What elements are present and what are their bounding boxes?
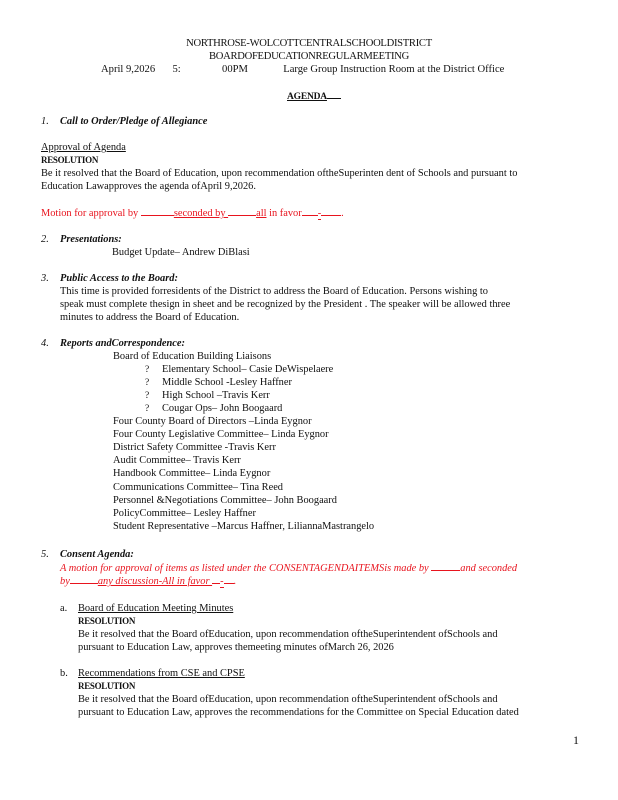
report-item: Communications Committee– Tina Reed bbox=[95, 481, 283, 494]
consent-item-b-heading: b.Recommendations from CSE and CPSE bbox=[60, 667, 245, 680]
section-3-heading: 3.Public Access to the Board: bbox=[41, 272, 178, 285]
presentation-item: Budget Update– Andrew DiBlasi bbox=[94, 246, 250, 259]
consent-seconded-by-blank[interactable] bbox=[70, 574, 98, 584]
seconded-by-blank[interactable] bbox=[228, 206, 256, 216]
minutes-resolution-line-2: pursuant to Education Law, approves them… bbox=[78, 641, 394, 654]
resolution-label: RESOLUTION bbox=[78, 680, 135, 693]
report-item: Four County Legislative Committee– Linda… bbox=[95, 428, 329, 441]
resolution-label: RESOLUTION bbox=[78, 615, 135, 628]
report-item: District Safety Committee -Travis Kerr bbox=[95, 441, 276, 454]
meeting-location: Large Group Instruction Room at the Dist… bbox=[283, 64, 504, 75]
page-number: 1 bbox=[573, 734, 579, 747]
consent-in-favor-blank-right[interactable] bbox=[224, 574, 234, 584]
consent-motion-line-2: byany discussion-All in favor -. bbox=[60, 574, 236, 588]
report-item: Student Representative –Marcus Haffner, … bbox=[95, 520, 374, 533]
section-5-heading: 5.Consent Agenda: bbox=[41, 548, 134, 561]
resolution-label: RESOLUTION bbox=[41, 154, 98, 167]
meeting-info: April 9,2026 5: 00PM Large Group Instruc… bbox=[101, 63, 504, 76]
liaison-item: ?Cougar Ops– John Boogaard bbox=[145, 402, 282, 416]
approval-of-agenda-title: Approval of Agenda bbox=[41, 141, 126, 154]
in-favor-blank-right[interactable] bbox=[321, 206, 341, 216]
agenda-resolution-line-1: Be it resolved that the Board of Educati… bbox=[41, 167, 517, 180]
cse-resolution-line-1: Be it resolved that the Board ofEducatio… bbox=[78, 693, 498, 706]
liaisons-item: Board of Education Building Liaisons bbox=[95, 350, 271, 363]
report-item: Four County Board of Directors –Linda Ey… bbox=[95, 415, 312, 428]
cse-resolution-line-2: pursuant to Education Law, approves the … bbox=[78, 706, 519, 719]
section-2-heading: 2.Presentations: bbox=[41, 233, 122, 246]
minutes-resolution-line-1: Be it resolved that the Board ofEducatio… bbox=[78, 628, 498, 641]
report-item: Handbook Committee– Linda Eygnor bbox=[95, 467, 270, 480]
report-item: Audit Committee– Travis Kerr bbox=[95, 454, 241, 467]
liaison-item: ?Elementary School– Casie DeWispelaere bbox=[145, 363, 333, 377]
liaison-item: ?High School –Travis Kerr bbox=[145, 389, 270, 403]
section-4-heading: 4.Reports andCorrespondence: bbox=[41, 337, 185, 350]
public-access-line-3: minutes to address the Board of Educatio… bbox=[60, 311, 239, 324]
meeting-title: BOARDOFEDUCATIONREGULARMEETING bbox=[0, 50, 618, 63]
consent-motion-by-blank[interactable] bbox=[431, 561, 460, 571]
agenda-heading: AGENDA bbox=[287, 89, 341, 104]
section-1-heading: 1.Call to Order/Pledge of Allegiance bbox=[41, 115, 207, 128]
motion-by-blank[interactable] bbox=[141, 206, 174, 216]
meeting-time-hour: 5: bbox=[172, 64, 180, 75]
liaison-item: ?Middle School -Lesley Haffner bbox=[145, 376, 292, 390]
consent-in-favor-blank-left[interactable] bbox=[212, 574, 220, 584]
in-favor-blank-left[interactable] bbox=[302, 206, 318, 216]
public-access-line-1: This time is provided forresidents of th… bbox=[60, 285, 488, 298]
agenda-resolution-line-2: Education Lawapproves the agenda ofApril… bbox=[41, 180, 256, 193]
report-item: Personnel &Negotiations Committee– John … bbox=[95, 494, 337, 507]
agenda-motion-line: Motion for approval by seconded by all i… bbox=[41, 206, 344, 220]
meeting-time-minutes: 00PM bbox=[222, 64, 248, 75]
report-item: PolicyCommittee– Lesley Haffner bbox=[95, 507, 256, 520]
consent-item-a-heading: a.Board of Education Meeting Minutes bbox=[60, 602, 233, 615]
meeting-date: April 9,2026 bbox=[101, 64, 155, 75]
district-name: NORTHROSE-WOLCOTTCENTRALSCHOOLDISTRICT bbox=[0, 37, 618, 50]
consent-motion-line-1: A motion for approval of items as listed… bbox=[60, 561, 517, 575]
public-access-line-2: speak must complete thesign in sheet and… bbox=[60, 298, 510, 311]
